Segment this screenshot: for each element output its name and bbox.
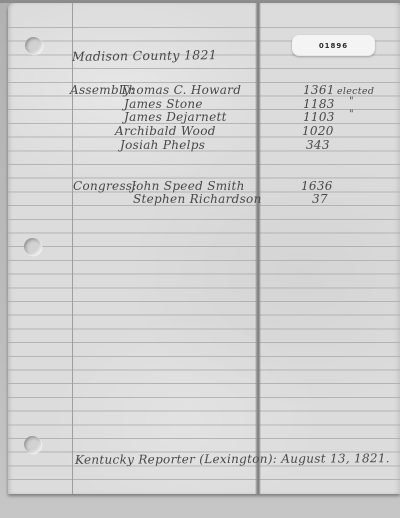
candidate-name: Thomas C. Howard: [120, 83, 241, 97]
vote-count: 1103: [303, 110, 335, 124]
catalog-number: 01896: [319, 42, 348, 50]
vote-count: 1020: [302, 124, 334, 138]
ditto-mark: ": [349, 95, 354, 109]
page-title: Madison County 1821: [72, 48, 217, 64]
candidate-name: John Speed Smith: [131, 179, 245, 193]
vote-count: 37: [312, 192, 328, 206]
punch-hole-middle: [24, 238, 41, 255]
catalog-sticker: 01896: [292, 35, 375, 56]
candidate-name: Archibald Wood: [115, 124, 216, 138]
candidate-name: Josiah Phelps: [120, 138, 205, 152]
margin-rule: [72, 3, 73, 494]
ditto-mark: ": [349, 108, 354, 122]
vote-count: 1636: [301, 179, 333, 193]
vote-count: 343: [306, 138, 330, 152]
result-note: elected: [337, 85, 374, 99]
candidate-name: James Stone: [124, 97, 203, 111]
candidate-name: James Dejarnett: [124, 110, 227, 124]
fold-crease: [255, 3, 261, 494]
candidate-name: Stephen Richardson: [133, 192, 262, 206]
source-citation: Kentucky Reporter (Lexington): August 13…: [75, 451, 390, 467]
vote-count: 1183: [303, 97, 335, 111]
punch-hole-top: [25, 37, 42, 54]
office-label-congress: Congress:: [73, 179, 137, 193]
vote-count: 1361: [303, 83, 335, 97]
punch-hole-bottom: [24, 436, 41, 453]
scanned-document: 01896 Madison County 1821 Assembly: Thom…: [0, 0, 400, 518]
